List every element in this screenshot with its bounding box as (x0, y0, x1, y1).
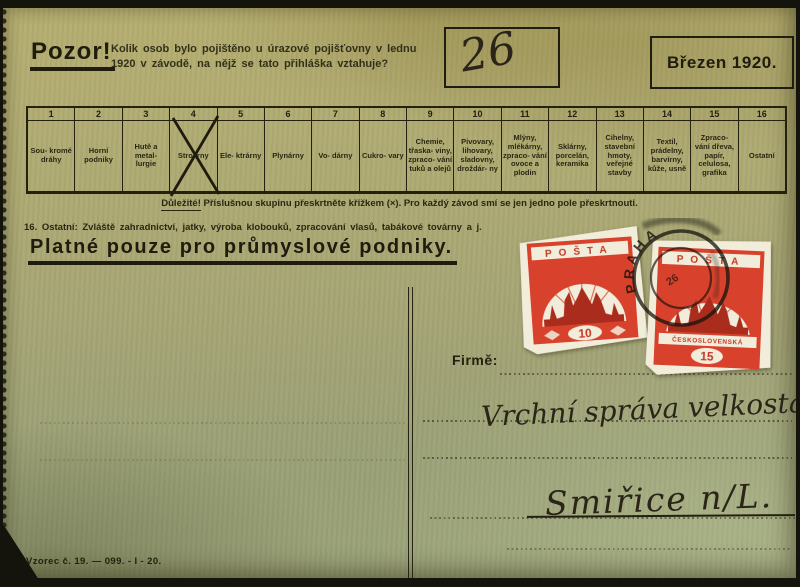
industry-table: 1Sou- kromé dráhy 2Horní podniky 3Hutě a… (26, 106, 787, 194)
dotted-line (40, 459, 405, 461)
column-label: Sou- kromé dráhy (28, 121, 74, 191)
column-label: Zpraco- vání dřeva, papír, celulosa, gra… (691, 121, 737, 191)
column-number: 9 (407, 108, 453, 121)
industry-column-13: 13Cihelny, stavební hmoty, veřejné stavb… (596, 108, 643, 191)
industry-column-11: 11Mlýny, mlékárny, zpraco- vání ovoce a … (501, 108, 548, 191)
column-number: 12 (549, 108, 595, 121)
column-label: Cihelny, stavební hmoty, veřejné stavby (597, 121, 643, 191)
column-number: 15 (691, 108, 737, 121)
other-industries-note: 16. Ostatní: Zvláště zahradnictví, jatky… (24, 222, 482, 233)
industry-column-8: 8Cukro- vary (359, 108, 406, 191)
industry-column-6: 6Plynárny (264, 108, 311, 191)
industry-column-12: 12Sklárny, porcelán, keramika (548, 108, 595, 191)
form-number: Vzorec č. 19. — 099. - I - 20. (26, 556, 162, 567)
column-label: Mlýny, mlékárny, zpraco- vání ovoce a pl… (502, 121, 548, 191)
important-text: Příslušnou skupinu přeskrtněte křížkem (… (204, 198, 638, 209)
column-number: 6 (265, 108, 311, 121)
industry-column-10: 10Pivovary, lihovary, sladovny, droždár-… (453, 108, 500, 191)
industry-column-9: 9Chemie, třaska- viny, zpraco- vání tuků… (406, 108, 453, 191)
column-label: Vo- dárny (312, 121, 358, 191)
column-label: Chemie, třaska- viny, zpraco- vání tuků … (407, 121, 453, 191)
stamp-value: 15 (700, 349, 714, 364)
perforation-edge (3, 8, 9, 578)
insured-count-box: 26 (444, 27, 560, 88)
dotted-line (507, 548, 790, 550)
column-number: 14 (644, 108, 690, 121)
industry-column-1: 1Sou- kromé dráhy (28, 108, 74, 191)
column-number: 11 (502, 108, 548, 121)
industry-column-16: 16Ostatní (738, 108, 785, 191)
column-number: 7 (312, 108, 358, 121)
question-line-2: 1920 v závodě, na nějž se tato přihláška… (111, 57, 446, 72)
postmark-praha: PRAHA 26 (615, 212, 747, 344)
postmark-date: 26 (664, 272, 681, 289)
column-number: 1 (28, 108, 74, 121)
month-box: Březen 1920. (650, 36, 794, 89)
cross-mark-icon (162, 112, 228, 200)
column-label: Cukro- vary (360, 121, 406, 191)
stamp-value: 10 (578, 326, 593, 341)
column-number: 13 (597, 108, 643, 121)
industry-column-2: 2Horní podniky (74, 108, 121, 191)
column-label: Pivovary, lihovary, sladovny, droždár- n… (454, 121, 500, 191)
postcard-form: Pozor! Kolik osob bylo pojištěno u úrazo… (3, 8, 796, 578)
industry-column-14: 14Textil, prádelny, barvírny, kůže, usně (643, 108, 690, 191)
validity-note: Platné pouze pro průmyslové podniky. (28, 236, 457, 265)
column-label: Horní podniky (75, 121, 121, 191)
postmark-city: PRAHA (621, 224, 662, 295)
svg-text:PRAHA: PRAHA (621, 224, 662, 295)
question-line-1: Kolik osob bylo pojištěno u úrazové poji… (111, 42, 446, 57)
column-label: Sklárny, porcelán, keramika (549, 121, 595, 191)
column-label: Ostatní (739, 121, 785, 191)
dotted-line (423, 457, 792, 459)
important-lead: Důležité! (161, 198, 201, 211)
column-number: 16 (739, 108, 785, 121)
column-label: Plynárny (265, 121, 311, 191)
divider-rule (408, 287, 413, 578)
column-label: Textil, prádelny, barvírny, kůže, usně (644, 121, 690, 191)
important-note: Důležité! Příslušnou skupinu přeskrtněte… (63, 198, 736, 209)
column-number: 2 (75, 108, 121, 121)
firm-label: Firmě: (452, 352, 498, 368)
handwritten-firm-name: Vrchní správa velkostatku (480, 384, 800, 433)
industry-column-15: 15Zpraco- vání dřeva, papír, celulosa, g… (690, 108, 737, 191)
dotted-line (40, 422, 405, 424)
handwritten-town: Smiřice n/L. (544, 476, 773, 523)
insured-question: Kolik osob bylo pojištěno u úrazové poji… (111, 42, 446, 72)
industry-column-7: 7Vo- dárny (311, 108, 358, 191)
column-number: 8 (360, 108, 406, 121)
handwritten-count: 26 (456, 23, 520, 83)
attention-heading: Pozor! (30, 38, 115, 71)
column-number: 10 (454, 108, 500, 121)
